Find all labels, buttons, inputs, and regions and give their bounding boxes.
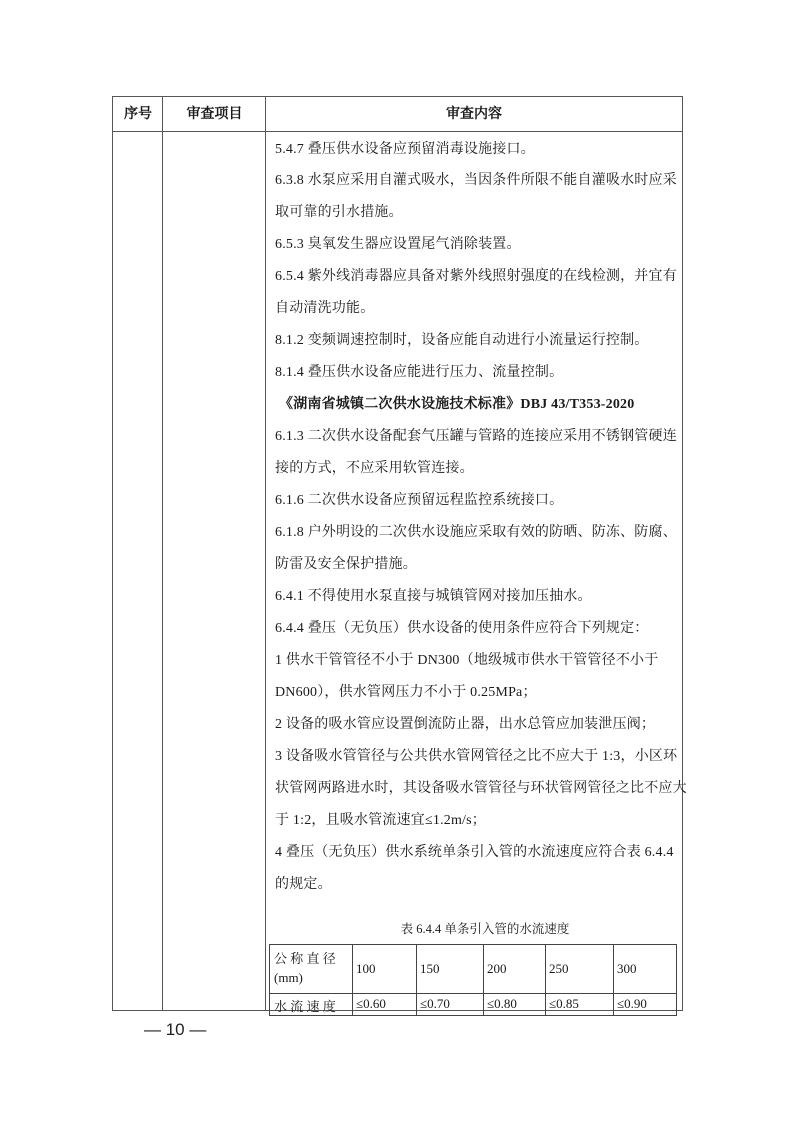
content-line: 6.5.3 臭氧发生器应设置尾气消除装置。 <box>275 233 521 253</box>
content-line: 防雷及安全保护措施。 <box>275 553 417 573</box>
content-line: 6.3.8 水泵应采用自灌式吸水，当因条件所限不能自灌吸水时应采 <box>275 169 677 189</box>
content-line: 1 供水干管管径不小于 DN300（地级城市供水干管管径不小于 <box>275 649 658 669</box>
inner-table-caption: 表 6.4.4 单条引入管的水流速度 <box>275 919 695 937</box>
speed-cell: ≤0.70 <box>416 996 450 1012</box>
diameter-cell: 100 <box>352 961 376 977</box>
column-divider <box>162 97 163 1010</box>
speed-cell: ≤0.85 <box>545 996 579 1012</box>
content-line: 6.1.3 二次供水设备配套气压罐与管路的连接应采用不锈钢管硬连 <box>275 425 677 445</box>
header-content: 审查内容 <box>266 97 682 131</box>
content-line: 6.1.8 户外明设的二次供水设施应采取有效的防晒、防冻、防腐、 <box>275 521 677 541</box>
column-divider <box>265 97 266 1010</box>
diameter-cell: 300 <box>613 961 637 977</box>
content-line: 自动清洗功能。 <box>275 297 374 317</box>
content-line: 于 1:2，且吸水管流速宜≤1.2m/s； <box>275 809 486 829</box>
flow-speed-table: 公 称 直 径 (mm) 100 150 200 250 300 水 流 速 度… <box>269 944 677 1016</box>
content-line: 5.4.7 叠压供水设备应预留消毒设施接口。 <box>275 138 535 158</box>
diameter-cell: 150 <box>416 961 440 977</box>
table-header: 序号 审查项目 审查内容 <box>113 97 682 132</box>
header-seq: 序号 <box>113 97 163 131</box>
content-line: 6.4.1 不得使用水泵直接与城镇管网对接加压抽水。 <box>275 585 592 605</box>
content-line: 6.4.4 叠压（无负压）供水设备的使用条件应符合下列规定： <box>275 617 649 637</box>
content-line: 8.1.2 变频调速控制时，设备应能自动进行小流量运行控制。 <box>275 329 649 349</box>
content-line: DN600），供水管网压力不小于 0.25MPa； <box>275 681 537 701</box>
speed-cell: ≤0.90 <box>613 996 647 1012</box>
content-line: 取可靠的引水措施。 <box>275 201 403 221</box>
content-line: 8.1.4 叠压供水设备应能进行压力、流量控制。 <box>275 361 563 381</box>
content-line: 2 设备的吸水管应设置倒流防止器，出水总管应加装泄压阀； <box>275 713 655 733</box>
row-divider <box>270 993 676 994</box>
content-line: 状管网两路进水时，其设备吸水管管径与环状管网管径之比不应大 <box>275 777 687 797</box>
page-number: — 10 — <box>144 1020 206 1040</box>
diameter-unit: (mm) <box>270 970 352 986</box>
content-line: 的规定。 <box>275 873 332 893</box>
speed-cell: ≤0.60 <box>352 996 386 1012</box>
review-table: 序号 审查项目 审查内容 5.4.7 叠压供水设备应预留消毒设施接口。 6.3.… <box>112 96 683 1011</box>
diameter-label: 公 称 直 径 <box>270 948 352 967</box>
speed-label: 水 流 速 度 <box>270 996 336 1015</box>
speed-cell: ≤0.80 <box>483 996 517 1012</box>
standard-title: 《湖南省城镇二次供水设施技术标准》DBJ 43/T353-2020 <box>279 393 634 413</box>
diameter-cell: 200 <box>483 961 507 977</box>
content-line: 4 叠压（无负压）供水系统单条引入管的水流速度应符合表 6.4.4 <box>275 841 674 861</box>
diameter-cell: 250 <box>545 961 569 977</box>
content-line: 6.1.6 二次供水设备应预留远程监控系统接口。 <box>275 489 563 509</box>
header-item: 审查项目 <box>163 97 266 131</box>
content-line: 3 设备吸水管管径与公共供水管网管径之比不应大于 1:3，小区环 <box>275 745 677 765</box>
content-line: 接的方式，不应采用软管连接。 <box>275 457 474 477</box>
content-line: 6.5.4 紫外线消毒器应具备对紫外线照射强度的在线检测，并宜有 <box>275 265 677 285</box>
